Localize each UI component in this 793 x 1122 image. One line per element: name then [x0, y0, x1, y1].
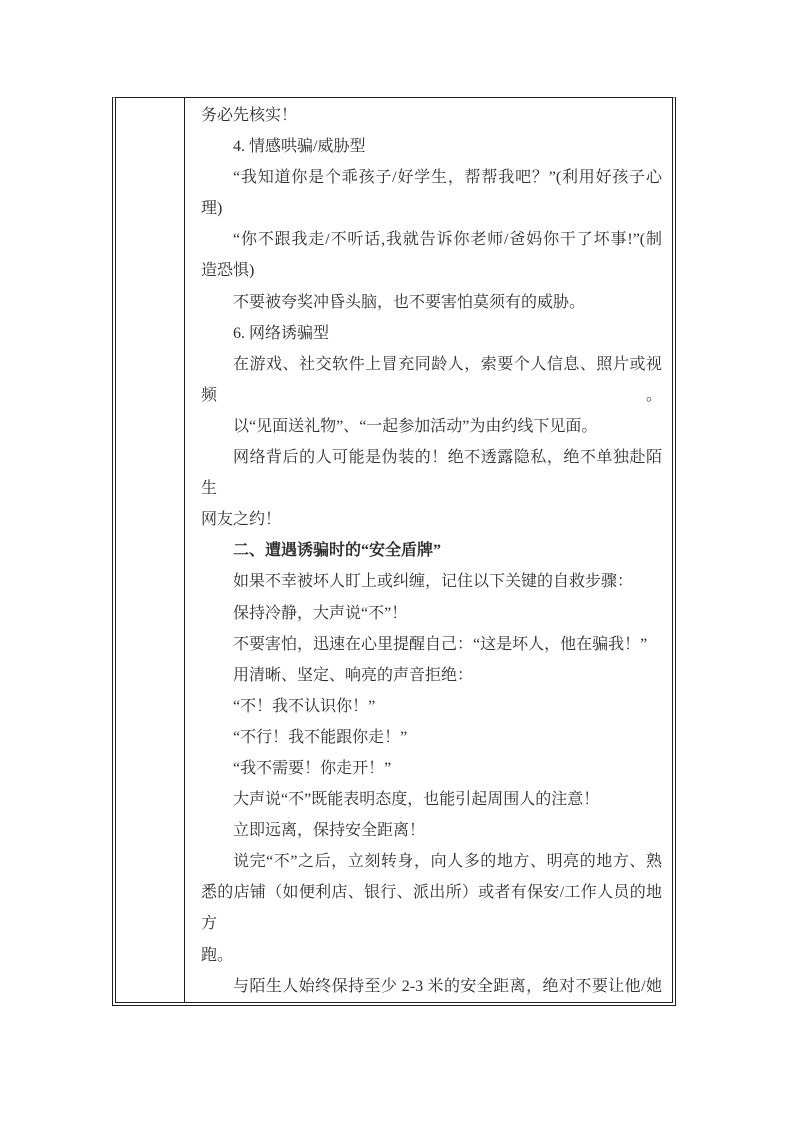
content-table: 务必先核实！4. 情感哄骗/威胁型“我知道你是个乖孩子/好学生，帮帮我吧？”(利… — [112, 97, 676, 1006]
text-line: 6. 网络诱骗型 — [201, 318, 662, 349]
text-line: 不要被夸奖冲昏头脑，也不要害怕莫须有的威胁。 — [201, 287, 662, 318]
text-line: “我不需要！你走开！” — [201, 753, 662, 784]
text-line: “我知道你是个乖孩子/好学生，帮帮我吧？”(利用好孩子心 — [201, 162, 662, 193]
text-line: 悉的店铺（如便利店、银行、派出所）或者有保安/工作人员的地方 — [201, 877, 662, 939]
text-line: 以“见面送礼物”、“一起参加活动”为由约线下见面。 — [201, 411, 662, 442]
text-line: 4. 情感哄骗/威胁型 — [201, 131, 662, 162]
text-line: 理) — [201, 193, 662, 224]
text-line: “不行！我不能跟你走！” — [201, 722, 662, 753]
text-line: 不要害怕，迅速在心里提醒自己：“这是坏人，他在骗我！” — [201, 629, 662, 660]
text-line: 立即远离，保持安全距离！ — [201, 815, 662, 846]
text-line: 造恐惧) — [201, 255, 662, 286]
text-line: 跑。 — [201, 940, 662, 971]
text-line: 大声说“不”既能表明态度，也能引起周围人的注意！ — [201, 784, 662, 815]
text-line: “你不跟我走/不听话,我就告诉你老师/爸妈你干了坏事!”(制 — [201, 224, 662, 255]
text-line: “不！我不认识你！” — [201, 691, 662, 722]
text-line: 用清晰、坚定、响亮的声音拒绝： — [201, 660, 662, 691]
table-label-column — [116, 98, 185, 1002]
text-line: 网络背后的人可能是伪装的！绝不透露隐私，绝不单独赴陌生 — [201, 442, 662, 504]
text-line: 务必先核实！ — [201, 100, 662, 131]
text-line: 说完“不”之后，立刻转身，向人多的地方、明亮的地方、熟 — [201, 846, 662, 877]
table-content-column: 务必先核实！4. 情感哄骗/威胁型“我知道你是个乖孩子/好学生，帮帮我吧？”(利… — [185, 98, 672, 1002]
text-line: 二、遭遇诱骗时的“安全盾牌” — [201, 535, 662, 566]
text-line: 在游戏、社交软件上冒充同龄人，索要个人信息、照片或视频。 — [201, 349, 662, 411]
text-line: 保持冷静，大声说“不”！ — [201, 598, 662, 629]
text-line: 如果不幸被坏人盯上或纠缠，记住以下关键的自救步骤： — [201, 566, 662, 597]
text-line: 与陌生人始终保持至少 2-3 米的安全距离，绝对不要让他/她有 — [201, 971, 662, 1002]
document-page: 务必先核实！4. 情感哄骗/威胁型“我知道你是个乖孩子/好学生，帮帮我吧？”(利… — [0, 0, 793, 1122]
text-line: 网友之约！ — [201, 504, 662, 535]
